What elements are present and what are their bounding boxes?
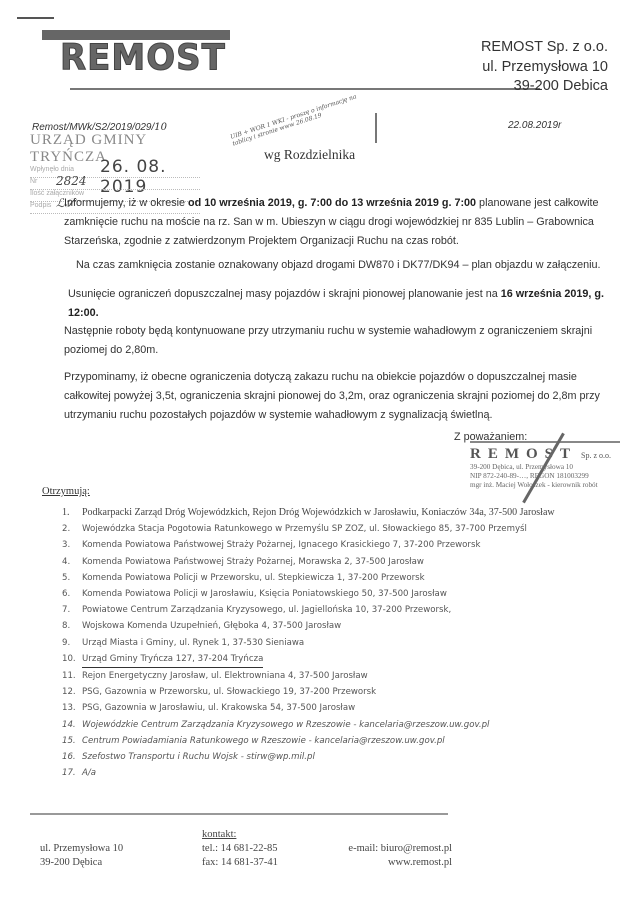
text: Informujemy, iż w okresie [64, 197, 188, 209]
distribution-item: 17.A/a [62, 765, 622, 781]
company-city: 39-200 Debica [481, 77, 608, 97]
item-number: 3. [62, 537, 82, 553]
header-rule [70, 88, 540, 90]
distribution-item: 14.Wojewódzkie Centrum Zarządzania Kryzy… [62, 717, 622, 733]
letter-date: 22.08.2019r [508, 120, 561, 131]
item-text: PSG, Gazownia w Przeworsku, ul. Słowacki… [82, 684, 376, 700]
company-address: REMOST Sp. z o.o. ul. Przemysłowa 10 39-… [481, 38, 608, 97]
distribution-item: 16.Szefostwo Transportu i Ruchu Wojsk - … [62, 749, 622, 765]
distribution-item: 7.Powiatowe Centrum Zarządzania Kryzysow… [62, 602, 622, 618]
item-number: 8. [62, 618, 82, 634]
company-stamp: REMOST Sp. z o.o. 39-200 Dębica, ul. Prz… [470, 443, 630, 490]
item-text: Centrum Powiadamiania Ratunkowego w Rzes… [82, 733, 445, 749]
item-text: Wojewódzka Stacja Pogotowia Ratunkowego … [82, 521, 527, 537]
distribution-item: 5.Komenda Powiatowa Policji w Przeworsku… [62, 570, 622, 586]
text: Na czas zamknięcia zostanie oznakowany o… [76, 259, 601, 271]
distribution-item: 13.PSG, Gazownia w Jarosławiu, ul. Krako… [62, 700, 622, 716]
stamp-line: NIP 872-240-89-…, REGON 181003299 [470, 472, 630, 481]
item-text: Komenda Powiatowa Państwowej Straży Poża… [82, 554, 424, 570]
item-number: 14. [62, 717, 82, 733]
footer-online: e-mail: biuro@remost.pl www.remost.pl [340, 842, 452, 870]
scan-mark [17, 17, 54, 19]
distribution-item: 3.Komenda Powiatowa Państwowej Straży Po… [62, 537, 622, 553]
footer-address: ul. Przemysłowa 10 39-200 Dębica [40, 842, 123, 870]
item-number: 5. [62, 570, 82, 586]
distribution-item: 15.Centrum Powiadamiania Ratunkowego w R… [62, 733, 622, 749]
stamp-label: Wpłynęło dnia [30, 166, 74, 173]
item-number: 4. [62, 554, 82, 570]
stamp-line: mgr inż. Maciej Wołoszek - kierownik rob… [470, 481, 630, 490]
item-number: 7. [62, 602, 82, 618]
company-name: REMOST Sp. z o.o. [481, 38, 608, 58]
footer-city: 39-200 Dębica [40, 856, 123, 870]
item-text: Urząd Gminy Tryńcza 127, 37-204 Tryńcza [82, 651, 263, 668]
item-text: PSG, Gazownia w Jarosławiu, ul. Krakowsk… [82, 700, 355, 716]
item-text: Podkarpacki Zarząd Dróg Wojewódzkich, Re… [82, 505, 555, 521]
item-number: 6. [62, 586, 82, 602]
item-text: Komenda Powiatowa Państwowej Straży Poża… [82, 537, 480, 553]
stamp-company-suffix: Sp. z o.o. [581, 451, 611, 460]
footer-email[interactable]: e-mail: biuro@remost.pl [340, 842, 452, 856]
company-logo: REMOST [42, 30, 232, 86]
item-text: A/a [82, 765, 96, 781]
stamp-rule [470, 441, 620, 443]
distribution-item: 6.Komenda Powiatowa Policji w Jarosławiu… [62, 586, 622, 602]
footer-website[interactable]: www.remost.pl [340, 856, 452, 870]
text: Następnie roboty będą kontynuowane przy … [64, 325, 592, 356]
distribution-item: 8.Wojskowa Komenda Uzupełnień, Głęboka 4… [62, 618, 622, 634]
paragraph-4: Następnie roboty będą kontynuowane przy … [64, 322, 604, 360]
item-text: Komenda Powiatowa Policji w Przeworsku, … [82, 570, 425, 586]
distribution-item: 10.Urząd Gminy Tryńcza 127, 37-204 Tryńc… [62, 651, 622, 668]
item-number: 1. [62, 505, 82, 521]
item-text: Wojewódzkie Centrum Zarządzania Kryzysow… [82, 717, 489, 733]
text: Przypominamy, iż obecne ograniczenia dot… [64, 371, 600, 421]
footer-rule [30, 813, 448, 815]
distribution-item: 12.PSG, Gazownia w Przeworsku, ul. Słowa… [62, 684, 622, 700]
item-text: Rejon Energetyczny Jarosław, ul. Elektro… [82, 668, 368, 684]
text: Usunięcie ograniczeń dopuszczalnej masy … [68, 288, 501, 300]
item-number: 17. [62, 765, 82, 781]
item-text: Powiatowe Centrum Zarządzania Kryzysoweg… [82, 602, 451, 618]
stamp-number-value: 2824 [56, 174, 87, 188]
item-number: 10. [62, 651, 82, 668]
distribution-item: 2.Wojewódzka Stacja Pogotowia Ratunkoweg… [62, 521, 622, 537]
footer-phone: tel.: 14 681-22-85 [202, 842, 278, 856]
paragraph-2: Na czas zamknięcia zostanie oznakowany o… [76, 256, 636, 275]
item-number: 12. [62, 684, 82, 700]
item-text: Wojskowa Komenda Uzupełnień, Głęboka 4, … [82, 618, 341, 634]
handwritten-bracket [375, 113, 377, 143]
stamp-row-number: Nr2824 [30, 178, 200, 190]
distribution-item: 11.Rejon Energetyczny Jarosław, ul. Elek… [62, 668, 622, 684]
stamp-label: Podpis [30, 202, 51, 209]
distribution-item: 9.Urząd Miasta i Gminy, ul. Rynek 1, 37-… [62, 635, 622, 651]
footer-fax: fax: 14 681-37-41 [202, 856, 278, 870]
distribution-heading: Otrzymują: [42, 486, 90, 497]
logo-text: REMOST [60, 37, 226, 79]
item-number: 2. [62, 521, 82, 537]
paragraph-3: Usunięcie ograniczeń dopuszczalnej masy … [68, 285, 620, 323]
stamp-line: 39-200 Dębica, ul. Przemysłowa 10 [470, 463, 630, 472]
item-number: 9. [62, 635, 82, 651]
item-text: Szefostwo Transportu i Ruchu Wojsk - sti… [82, 749, 315, 765]
stamp-label: Nr [30, 178, 37, 185]
item-number: 13. [62, 700, 82, 716]
recipient: wg Rozdzielnika [264, 147, 355, 163]
footer-street: ul. Przemysłowa 10 [40, 842, 123, 856]
paragraph-5: Przypominamy, iż obecne ograniczenia dot… [64, 368, 624, 425]
distribution-item: 1.Podkarpacki Zarząd Dróg Wojewódzkich, … [62, 505, 622, 521]
distribution-item: 4.Komenda Powiatowa Państwowej Straży Po… [62, 554, 622, 570]
paragraph-1: Informujemy, iż w okresie od 10 września… [64, 194, 624, 251]
item-number: 16. [62, 749, 82, 765]
item-number: 15. [62, 733, 82, 749]
item-text: Komenda Powiatowa Policji w Jarosławiu, … [82, 586, 447, 602]
item-number: 11. [62, 668, 82, 684]
company-street: ul. Przemysłowa 10 [481, 58, 608, 78]
item-text: Urząd Miasta i Gminy, ul. Rynek 1, 37-53… [82, 635, 304, 651]
stamp-company-name: REMOST [470, 446, 577, 462]
distribution-list: 1.Podkarpacki Zarząd Dróg Wojewódzkich, … [62, 505, 622, 781]
footer-contact: kontakt: tel.: 14 681-22-85 fax: 14 681-… [202, 828, 278, 870]
contact-heading: kontakt: [202, 828, 278, 842]
closure-dates: od 10 września 2019, g. 7:00 do 13 wrześ… [188, 197, 476, 209]
